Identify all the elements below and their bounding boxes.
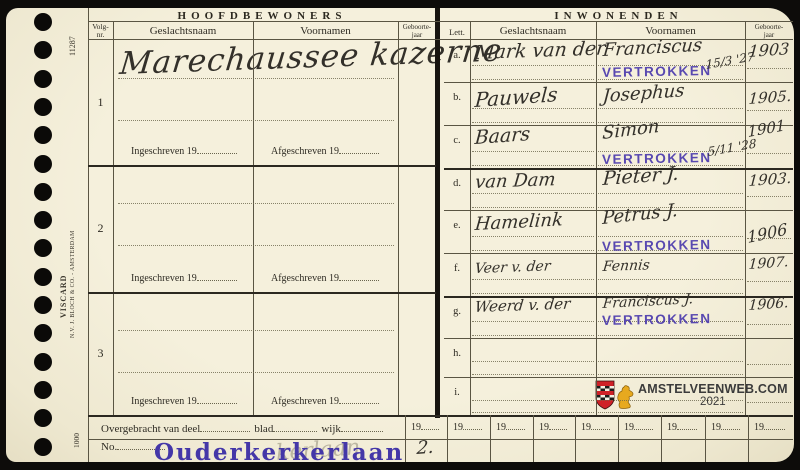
surname-handwriting: Hamelink [474,209,564,235]
transfer-label-blad: blad [254,423,273,435]
writing-line [747,402,791,403]
writing-line [747,153,791,154]
punch-hole [34,296,52,314]
writing-line [472,65,594,66]
ingeschreven-label: Ingeschreven 19 [131,271,237,284]
writing-line [598,361,743,362]
punch-hole [34,211,52,229]
row-letter: e. [444,220,470,231]
writing-line [472,293,594,294]
departure-date-handwriting: 5/11 '28 [708,136,757,159]
punch-hole [34,409,52,427]
transfer-year-cell: 19 [667,420,703,433]
writing-line [472,321,594,322]
punch-hole [34,324,52,342]
divider [113,21,114,415]
divider [88,439,793,440]
writing-line [472,400,594,401]
afgeschreven-label: Afgeschreven 19 [271,144,379,157]
watermark-site: AMSTELVEENWEB.COM [638,382,788,396]
writing-line [747,68,791,69]
block-number: 1 [88,40,113,165]
row-letter: i. [444,387,470,398]
row-letter: d. [444,178,470,189]
punch-hole [34,155,52,173]
writing-line [598,193,743,194]
divider [444,377,793,378]
writing-line [118,245,394,246]
punch-hole [34,438,52,456]
ingeschreven-label: Ingeschreven 19 [131,394,237,407]
writing-line [472,207,594,208]
writing-line [118,78,394,79]
row-letter: b. [444,92,470,103]
divider [533,415,534,462]
surname-handwriting: Baars [474,123,531,149]
transfer-year-cell: 19 [581,420,616,433]
writing-line [598,108,743,109]
transfer-year-cell: 19 [411,420,445,433]
writing-line [747,324,791,325]
watermark: AMSTELVEENWEB.COM 2021 [594,380,788,410]
block-number: 3 [88,292,113,415]
writing-line [598,412,743,413]
manufacturer-company: N.V. J. BLOCH & CO. - AMSTERDAM [70,148,76,338]
row-letter: f. [444,263,470,274]
transfer-label-no: No. [101,441,117,453]
transfer-year-cell: 19 [711,420,746,433]
writing-line [598,374,743,375]
punch-hole [34,98,52,116]
writing-line [472,250,594,251]
writing-line [472,151,594,152]
writing-line [472,193,594,194]
divider [88,415,793,417]
street-name-stamp: Ouderkerkerlaan [154,439,404,466]
divider [444,338,793,339]
transfer-year-cell: 19 [453,420,488,433]
birthyear-handwriting: 1903. [748,169,792,190]
divider [88,292,436,294]
transfer-year-cell: 19 [539,420,573,433]
punch-hole [34,126,52,144]
birthyear-handwriting: 1905. [748,87,792,108]
punch-hole [34,183,52,201]
birthyear-handwriting: 1906 [747,219,788,247]
transfer-label-wijk: wijk [321,423,341,435]
firstnames-handwriting: Simon [602,116,660,144]
block-number: 2 [88,165,113,292]
writing-line [472,374,594,375]
writing-line [747,110,791,111]
transfer-year-cell: 19 [754,420,791,433]
divider [405,415,406,462]
divider [748,415,749,462]
divider [253,21,254,415]
writing-line [598,400,743,401]
firstnames-handwriting: Franciscus [602,35,703,61]
right-col-birthyear: Geboorte- jaar [745,23,793,39]
writing-line [118,372,394,373]
surname-handwriting: Veer v. der [474,258,551,277]
row-letter: g. [444,306,470,317]
writing-line [747,364,791,365]
writing-line [598,279,743,280]
manufacturer-brand: VISCARD [59,168,68,318]
divider [88,165,436,167]
divider [470,21,471,415]
firstnames-handwriting: Pieter J. [602,163,680,190]
writing-line [118,120,394,121]
firstnames-handwriting: Petrus J. [602,200,678,229]
left-col-surname: Geslachtsnaam [113,25,253,37]
surname-handwriting: van Dam [474,169,557,193]
writing-line [472,79,594,80]
surname-handwriting: Mark van der [474,37,606,64]
divider [435,8,440,418]
writing-line [472,335,594,336]
right-col-firstnames: Voornamen [596,25,745,37]
amstelveen-lion-icon [618,386,633,409]
divider [705,415,706,462]
punch-hole [34,268,52,286]
row-letter: h. [444,348,470,359]
afgeschreven-label: Afgeschreven 19 [271,394,379,407]
birthyear-handwriting: 1907. [748,254,789,273]
left-col-volgnr: Volg- nr. [88,23,113,39]
ingeschreven-label: Ingeschreven 19 [131,144,237,157]
writing-line [472,361,594,362]
firstnames-handwriting: Josephus [602,80,685,107]
writing-line [472,412,594,413]
writing-line [118,203,394,204]
transfer-year-cell: 19 [496,420,531,433]
divider [575,415,576,462]
card-serial-top: 11287 [68,12,77,56]
amstelveen-shield-icon [596,381,614,409]
scan-background: 11287 VISCARD N.V. J. BLOCH & CO. - AMST… [0,0,800,470]
left-col-firstnames: Voornamen [253,25,398,37]
writing-line [472,279,594,280]
divider [596,21,597,415]
divider [398,21,399,415]
writing-line [747,281,791,282]
punch-hole [34,239,52,257]
transfer-year-cell: 19 [624,420,659,433]
divider [88,21,793,22]
row-letter: c. [444,135,470,146]
writing-line [472,165,594,166]
amstelveen-coat-of-arms [594,380,634,410]
population-register-card: 11287 VISCARD N.V. J. BLOCH & CO. - AMST… [6,8,794,462]
firstnames-handwriting: Fennis [602,257,651,275]
writing-line [472,236,594,237]
vertrokken-stamp: VERTROKKEN [602,311,712,328]
punch-hole [34,381,52,399]
birthyear-handwriting: 1906. [748,295,789,314]
punch-hole [34,353,52,371]
writing-line [472,122,594,123]
divider [745,21,746,415]
divider [447,415,448,462]
punch-hole [34,41,52,59]
vertrokken-stamp: VERTROKKEN [602,63,712,80]
writing-line [747,196,791,197]
punch-hole [34,13,52,31]
divider [618,415,619,462]
divider [661,415,662,462]
surname-handwriting: Weerd v. der [474,295,571,316]
row-letter: a. [444,50,470,61]
divider [444,82,793,83]
afgeschreven-label: Afgeschreven 19 [271,271,379,284]
transfer-label-deel: Overgebracht van deel [101,423,200,435]
writing-line [598,335,743,336]
divider [490,415,491,462]
card-serial-bottom: 1000 [72,414,81,448]
firstnames-handwriting: Franciscus J. [602,291,694,312]
punch-hole [34,70,52,88]
vertrokken-stamp: VERTROKKEN [602,237,712,254]
writing-line [118,330,394,331]
